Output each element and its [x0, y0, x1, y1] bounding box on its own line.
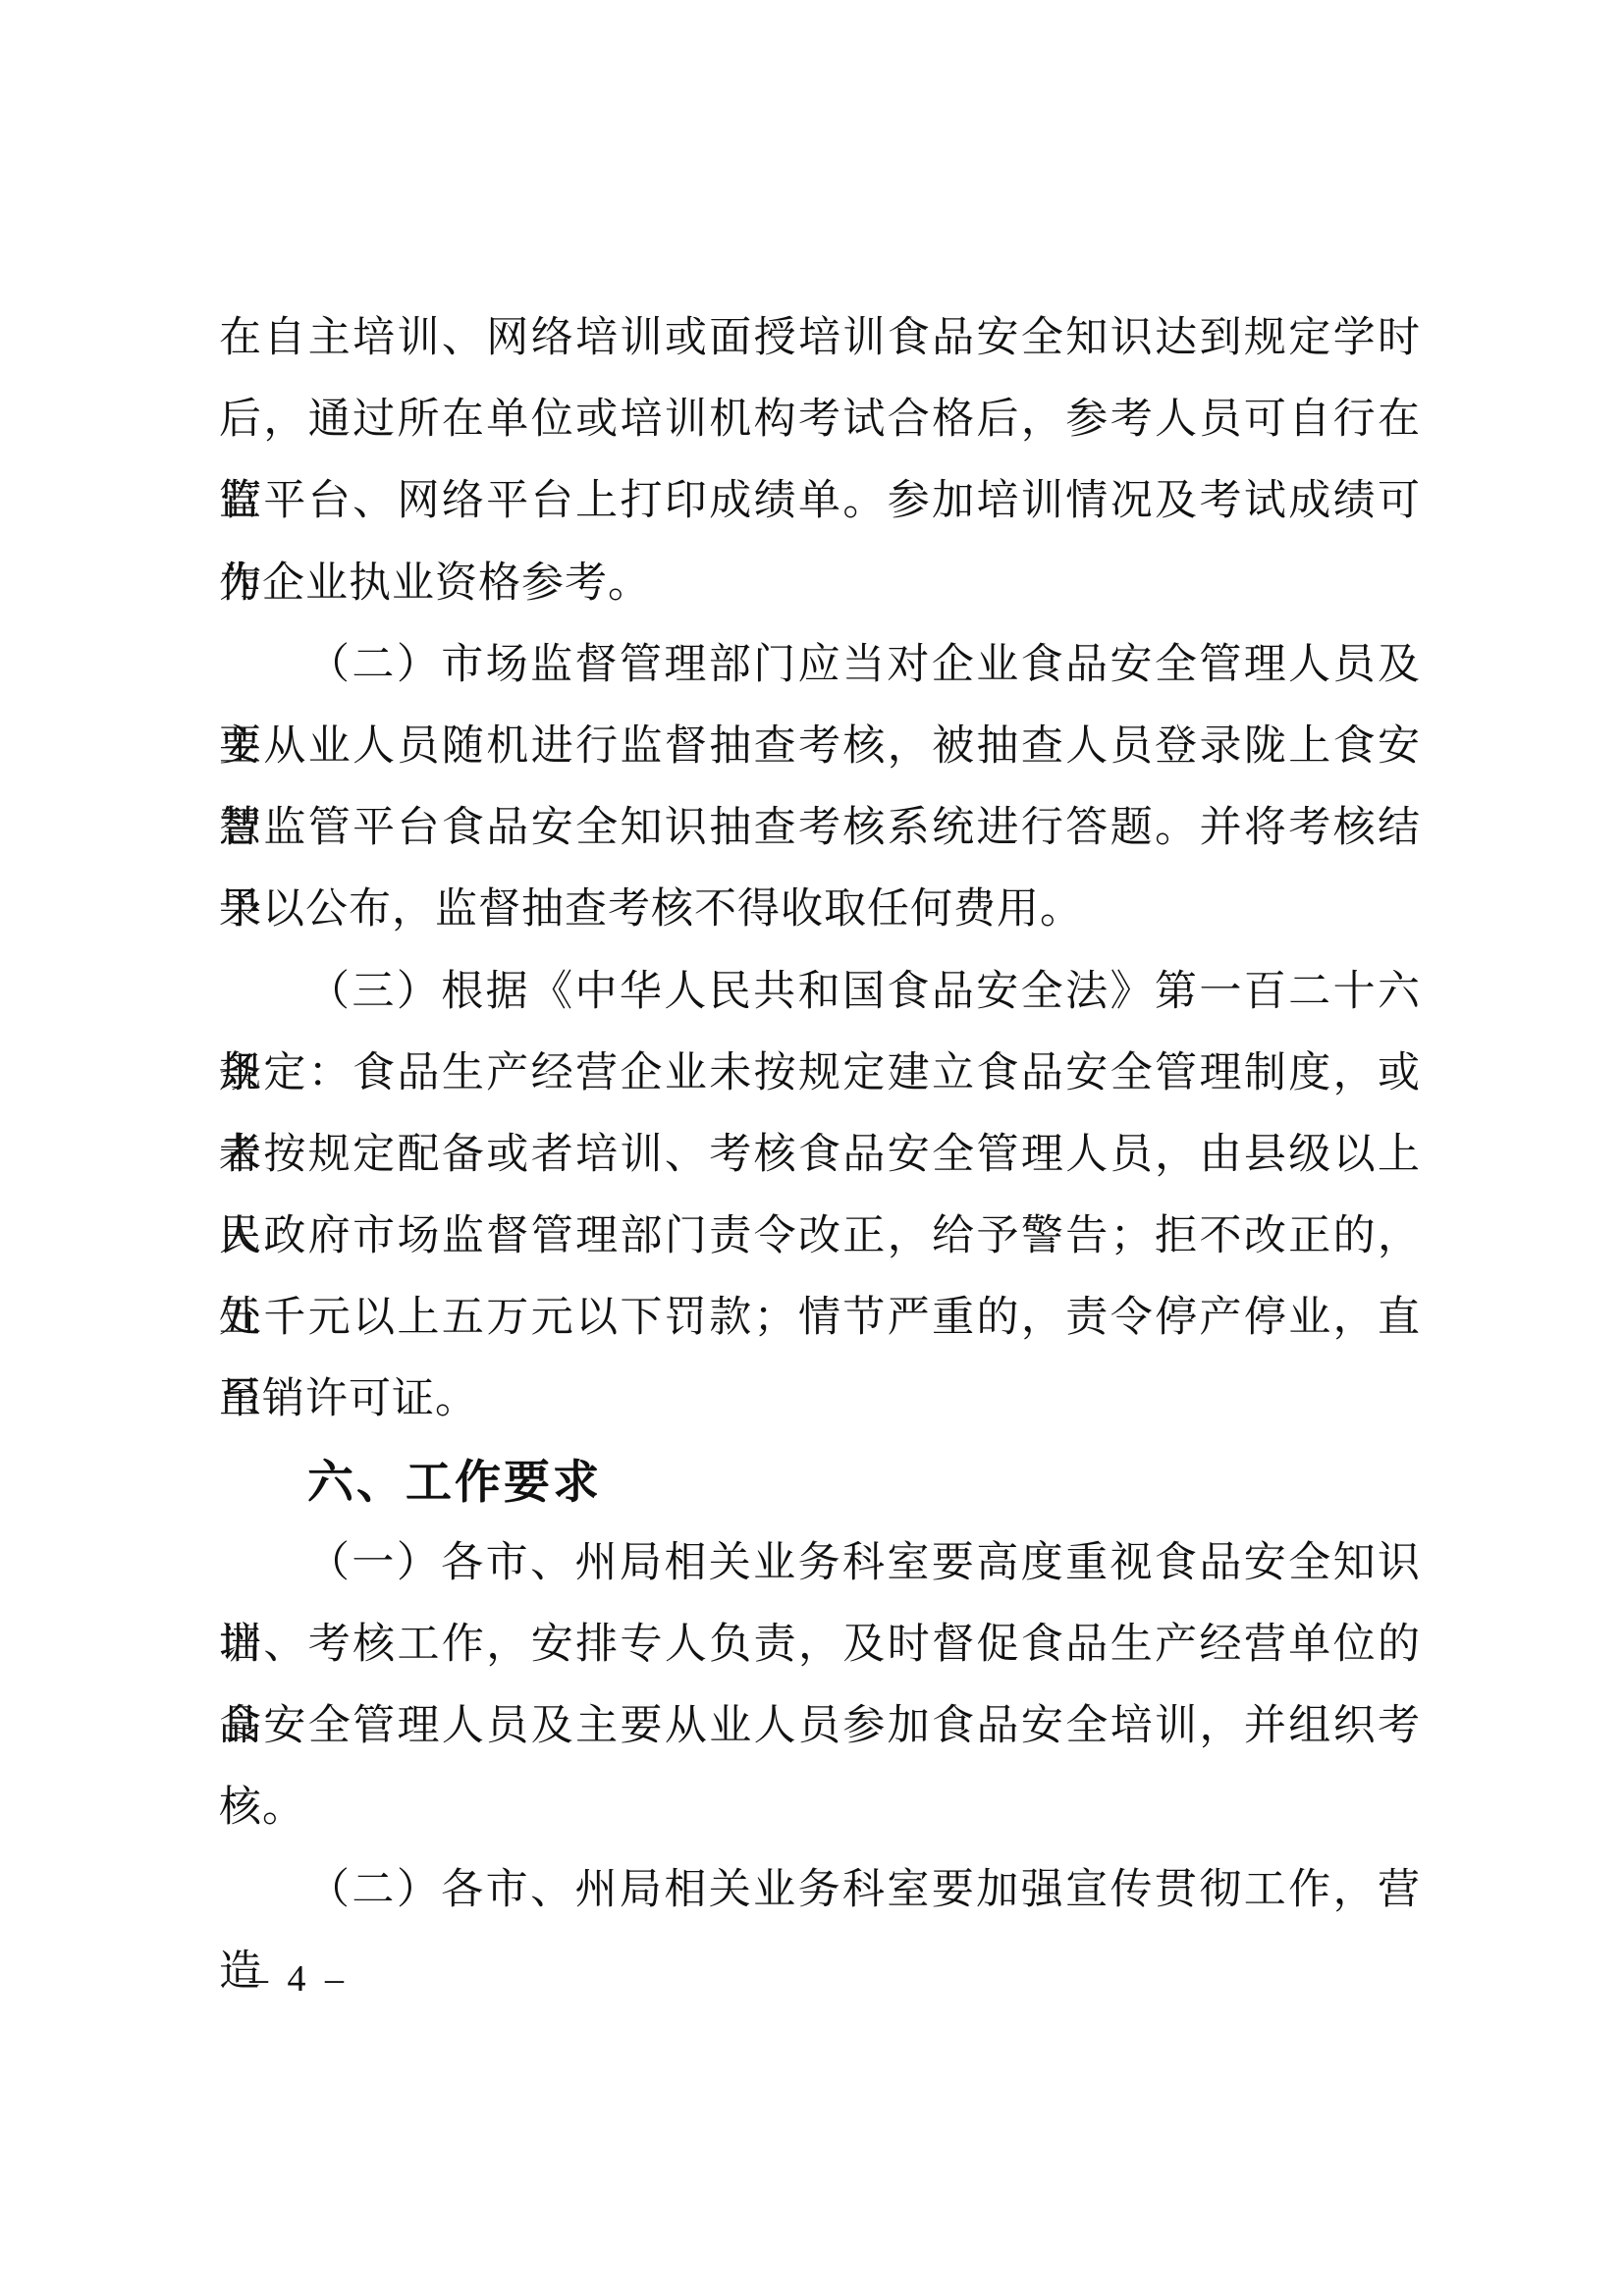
text-line: （三）根据《中华人民共和国食品安全法》第一百二十六条	[219, 951, 1421, 1033]
text-line: 在自主培训、网络培训或面授培训食品安全知识达到规定学时	[219, 297, 1421, 379]
text-block: 在自主培训、网络培训或面授培训食品安全知识达到规定学时 后，通过所在单位或培训机…	[219, 297, 1421, 1931]
page-number: – 4 –	[249, 1957, 349, 2001]
text-line: 规定：食品生产经营企业未按规定建立食品安全管理制度，或者	[219, 1033, 1421, 1114]
text-line: 核。	[219, 1767, 1421, 1848]
text-line: 后，通过所在单位或培训机构考试合格后，参考人员可自行在监	[219, 379, 1421, 460]
text-line: （二）各市、州局相关业务科室要加强宣传贯彻工作，营造	[219, 1849, 1421, 1931]
text-line: （一）各市、州局相关业务科室要高度重视食品安全知识培	[219, 1522, 1421, 1604]
section-heading: 六、工作要求	[219, 1441, 1421, 1522]
text-line: 慧监管平台食品安全知识抽查考核系统进行答题。并将考核结果	[219, 787, 1421, 869]
text-line: 为企业执业资格参考。	[219, 543, 1421, 624]
text-line: 管平台、网络平台上打印成绩单。参加培训情况及考试成绩可作	[219, 460, 1421, 542]
text-line: 予以公布，监督抽查考核不得收取任何费用。	[219, 869, 1421, 950]
text-line: （二）市场监督管理部门应当对企业食品安全管理人员及主	[219, 624, 1421, 706]
text-line: 未按规定配备或者培训、考核食品安全管理人员，由县级以上人	[219, 1114, 1421, 1196]
text-line: 要从业人员随机进行监督抽查考核，被抽查人员登录陇上食安智	[219, 706, 1421, 787]
document-page: 在自主培训、网络培训或面授培训食品安全知识达到规定学时 后，通过所在单位或培训机…	[0, 0, 1624, 2296]
text-line: 吊销许可证。	[219, 1359, 1421, 1440]
text-line: 训、考核工作，安排专人负责，及时督促食品生产经营单位的食	[219, 1604, 1421, 1685]
text-line: 品安全管理人员及主要从业人员参加食品安全培训，并组织考	[219, 1685, 1421, 1767]
text-line: 五千元以上五万元以下罚款；情节严重的，责令停产停业，直至	[219, 1277, 1421, 1359]
text-line: 民政府市场监督管理部门责令改正，给予警告；拒不改正的，处	[219, 1196, 1421, 1277]
